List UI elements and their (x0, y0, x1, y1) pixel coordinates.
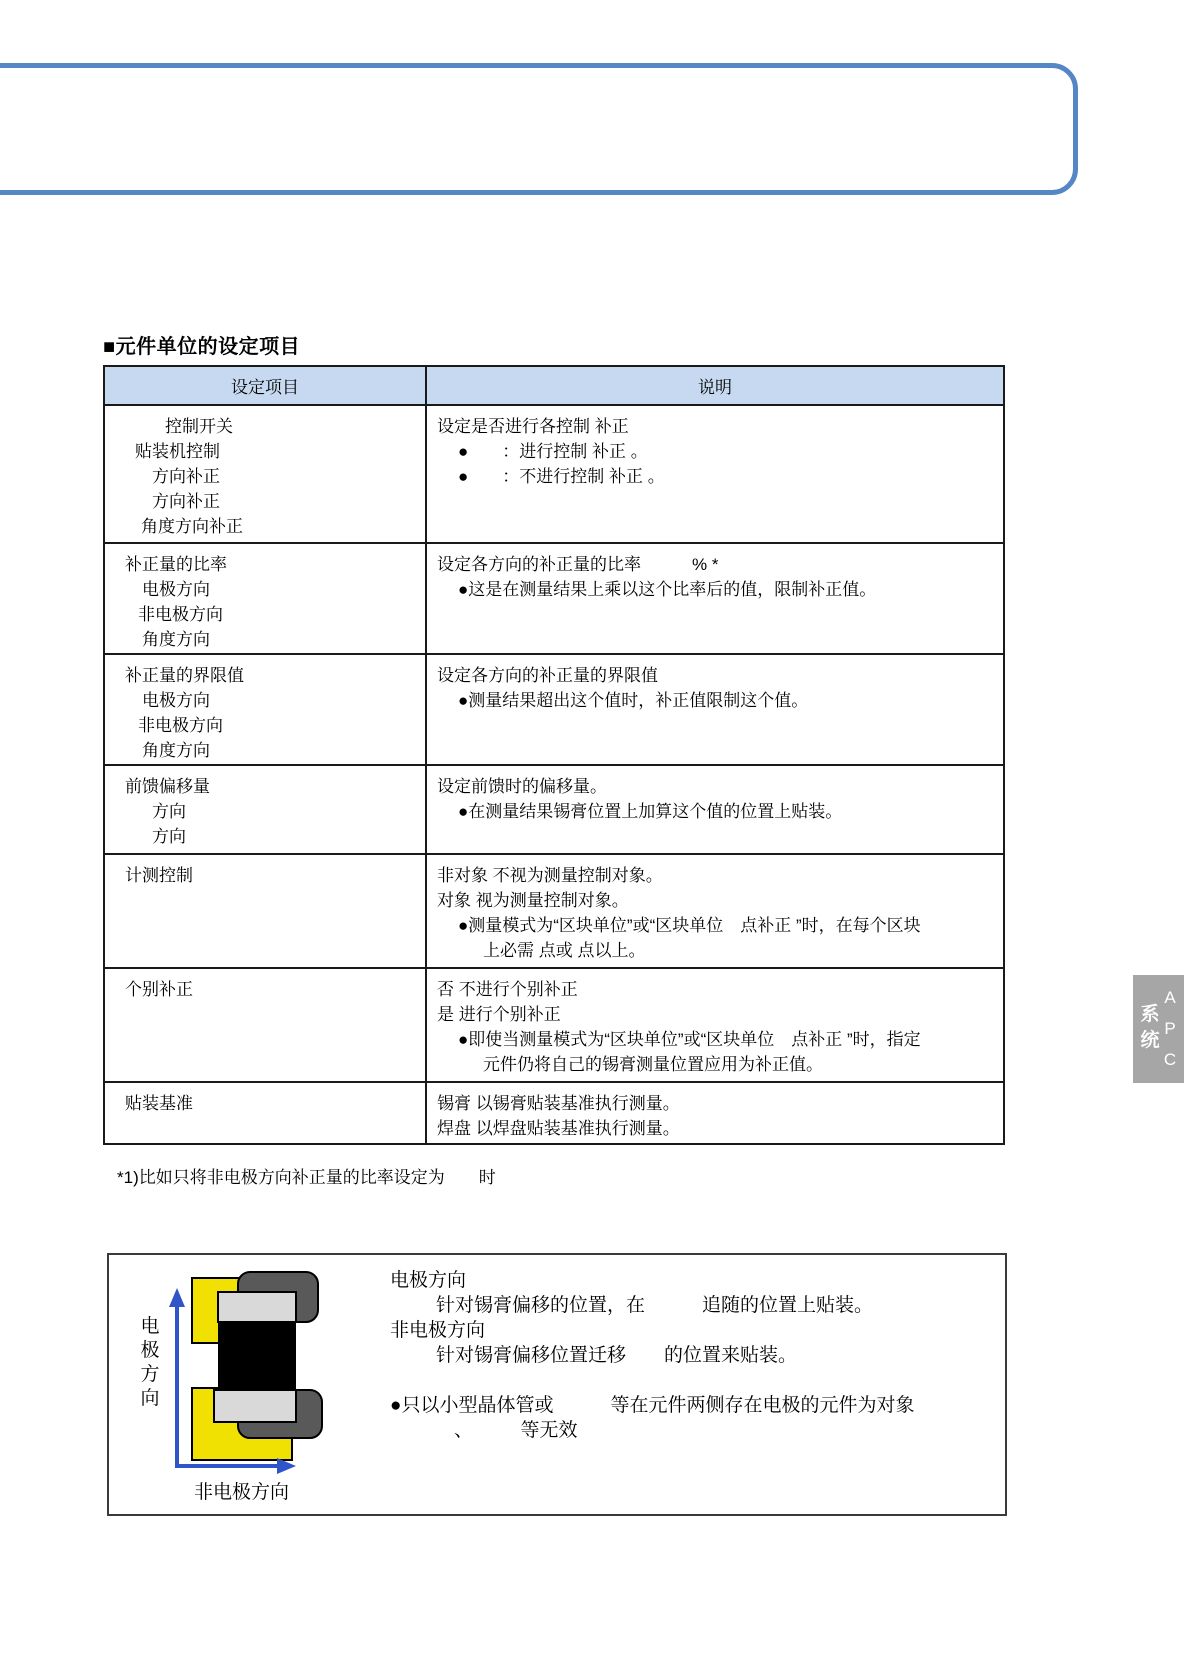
setting-item-line: 角度方向 (142, 738, 425, 763)
table-row: 补正量的比率电极方向非电极方向角度方向设定各方向的补正量的比率 % *●这是在测… (105, 544, 1003, 655)
figure-text-line (390, 1368, 914, 1393)
setting-item-cell: 前馈偏移量方向方向 (105, 766, 427, 853)
description-cell: 设定前馈时的偏移量。●在测量结果锡膏位置上加算这个值的位置上贴装。 (427, 766, 1003, 853)
table-row: 控制开关贴装机控制方向补正方向补正角度方向补正设定是否进行各控制 补正● ：进行… (105, 406, 1003, 544)
figure-box: 电极方向 非电极方向 电极方向针对锡膏偏移的位置，在 追随的位置上贴装。非电极方… (107, 1253, 1007, 1516)
description-cell: 否 不进行个别补正是 进行个别补正●即使当测量模式为“区块单位”或“区块单位 点… (427, 969, 1003, 1081)
table-row: 计测控制非对象 不视为测量控制对象。对象 视为测量控制对象。●测量模式为“区块单… (105, 855, 1003, 969)
manual-page: { "page": { "heading": "■元件单位的设定项目", "fo… (0, 0, 1184, 1675)
setting-item-cell: 个别补正 (105, 969, 427, 1081)
setting-item-line: 方向 (152, 824, 425, 849)
component-terminal-bottom (214, 1390, 296, 1422)
setting-item-line: 电极方向 (142, 688, 425, 713)
description-cell: 设定是否进行各控制 补正● ：进行控制 补正 。● ：不进行控制 补正 。 (427, 406, 1003, 542)
stacked-char: 向 (138, 1387, 162, 1411)
setting-item-cell: 补正量的比率电极方向非电极方向角度方向 (105, 544, 427, 653)
setting-item-line: 补正量的比率 (125, 552, 425, 577)
description-line: 锡膏 以锡膏贴装基准执行测量。 (437, 1091, 1003, 1116)
description-line: 设定各方向的补正量的界限值 (437, 663, 1003, 688)
stacked-char: 方 (138, 1363, 162, 1387)
component-terminal-top (218, 1292, 296, 1322)
settings-table-body: 控制开关贴装机控制方向补正方向补正角度方向补正设定是否进行各控制 补正● ：进行… (105, 406, 1003, 1143)
setting-item-line: 个别补正 (125, 977, 425, 1002)
setting-item-line: 非电极方向 (138, 602, 425, 627)
setting-item-cell: 控制开关贴装机控制方向补正方向补正角度方向补正 (105, 406, 427, 542)
setting-item-line: 方向补正 (152, 464, 425, 489)
description-line: ● ：不进行控制 补正 。 (458, 464, 1003, 489)
setting-item-cell: 贴装基准 (105, 1083, 427, 1143)
description-cell: 设定各方向的补正量的比率 % *●这是在测量结果上乘以这个比率后的值，限制补正值… (427, 544, 1003, 653)
stacked-char: 统 (1140, 1028, 1160, 1054)
stacked-char: A (1162, 982, 1178, 1013)
description-line: ●在测量结果锡膏位置上加算这个值的位置上贴装。 (458, 799, 1003, 824)
electrode-direction-label: 电极方向 (138, 1315, 162, 1411)
description-line: 非对象 不视为测量控制对象。 (437, 863, 1003, 888)
setting-item-line: 方向 (152, 799, 425, 824)
description-line: 设定前馈时的偏移量。 (437, 774, 1003, 799)
table-row: 前馈偏移量方向方向设定前馈时的偏移量。●在测量结果锡膏位置上加算这个值的位置上贴… (105, 766, 1003, 855)
figure-text-line: 、 等无效 (454, 1418, 914, 1443)
top-callout-box (0, 63, 1078, 195)
stacked-char: P (1162, 1013, 1178, 1044)
table-row: 个别补正否 不进行个别补正是 进行个别补正●即使当测量模式为“区块单位”或“区块… (105, 969, 1003, 1083)
description-line: 元件仍将自己的锡膏测量位置应用为补正值。 (483, 1052, 1003, 1077)
setting-item-line: 贴装基准 (125, 1091, 425, 1116)
figure-text-line: 非电极方向 (390, 1318, 914, 1343)
figure-description: 电极方向针对锡膏偏移的位置，在 追随的位置上贴装。非电极方向针对锡膏偏移位置迁移… (390, 1268, 914, 1443)
table-row: 贴装基准锡膏 以锡膏贴装基准执行测量。焊盘 以焊盘贴装基准执行测量。 (105, 1083, 1003, 1143)
description-line: ●这是在测量结果上乘以这个比率后的值，限制补正值。 (458, 577, 1003, 602)
description-line: 上必需 点或 点以上。 (483, 938, 1003, 963)
side-tab-en-label: APC (1162, 982, 1178, 1075)
side-tab-apc: 系统 APC (1133, 975, 1184, 1083)
setting-item-line: 非电极方向 (138, 713, 425, 738)
description-line: 设定各方向的补正量的比率 % * (437, 552, 1003, 577)
description-cell: 非对象 不视为测量控制对象。对象 视为测量控制对象。●测量模式为“区块单位”或“… (427, 855, 1003, 967)
setting-item-cell: 计测控制 (105, 855, 427, 967)
figure-text-line: 针对锡膏偏移的位置，在 追随的位置上贴装。 (436, 1293, 914, 1318)
setting-item-line: 方向补正 (152, 489, 425, 514)
settings-table: 设定项目 说明 控制开关贴装机控制方向补正方向补正角度方向补正设定是否进行各控制… (103, 365, 1005, 1145)
description-line: ●测量模式为“区块单位”或“区块单位 点补正 ”时，在每个区块 (458, 913, 1003, 938)
section-heading: ■元件单位的设定项目 (103, 334, 300, 360)
table-row: 补正量的界限值电极方向非电极方向角度方向设定各方向的补正量的界限值●测量结果超出… (105, 655, 1003, 766)
setting-item-line: 控制开关 (165, 414, 425, 439)
table-header-row: 设定项目 说明 (105, 367, 1003, 406)
setting-item-line: 电极方向 (142, 577, 425, 602)
stacked-char: C (1162, 1044, 1178, 1075)
setting-item-line: 补正量的界限值 (125, 663, 425, 688)
description-line: 焊盘 以焊盘贴装基准执行测量。 (437, 1116, 1003, 1141)
description-line: 是 进行个别补正 (437, 1002, 1003, 1027)
description-cell: 锡膏 以锡膏贴装基准执行测量。焊盘 以焊盘贴装基准执行测量。 (427, 1083, 1003, 1143)
setting-item-line: 角度方向 (142, 627, 425, 652)
description-line: 设定是否进行各控制 补正 (437, 414, 1003, 439)
description-cell: 设定各方向的补正量的界限值●测量结果超出这个值时，补正值限制这个值。 (427, 655, 1003, 764)
non-electrode-direction-label: 非电极方向 (194, 1477, 289, 1504)
description-line: 否 不进行个别补正 (437, 977, 1003, 1002)
description-line: ●即使当测量模式为“区块单位”或“区块单位 点补正 ”时，指定 (458, 1027, 1003, 1052)
setting-item-line: 角度方向补正 (141, 514, 425, 539)
component-body (218, 1322, 296, 1390)
figure-text-line: 电极方向 (390, 1268, 914, 1293)
description-line: ●测量结果超出这个值时，补正值限制这个值。 (458, 688, 1003, 713)
side-tab-zh-label: 系统 (1140, 1002, 1160, 1054)
setting-item-line: 贴装机控制 (135, 439, 425, 464)
stacked-char: 极 (138, 1339, 162, 1363)
setting-item-cell: 补正量的界限值电极方向非电极方向角度方向 (105, 655, 427, 764)
table-header-setting-item: 设定项目 (105, 367, 427, 404)
description-line: 对象 视为测量控制对象。 (437, 888, 1003, 913)
setting-item-line: 计测控制 (125, 863, 425, 888)
footnote: *1)比如只将非电极方向补正量的比率设定为 时 (117, 1163, 496, 1188)
description-line: ● ：进行控制 补正 。 (458, 439, 1003, 464)
figure-text-line: 针对锡膏偏移位置迁移 的位置来贴装。 (436, 1343, 914, 1368)
setting-item-line: 前馈偏移量 (125, 774, 425, 799)
stacked-char: 系 (1140, 1002, 1160, 1028)
electrode-direction-arrowhead (169, 1288, 185, 1307)
stacked-char: 电 (138, 1315, 162, 1339)
table-header-description: 说明 (427, 367, 1003, 404)
figure-text-line: ●只以小型晶体管或 等在元件两侧存在电极的元件为对象 (390, 1393, 914, 1418)
